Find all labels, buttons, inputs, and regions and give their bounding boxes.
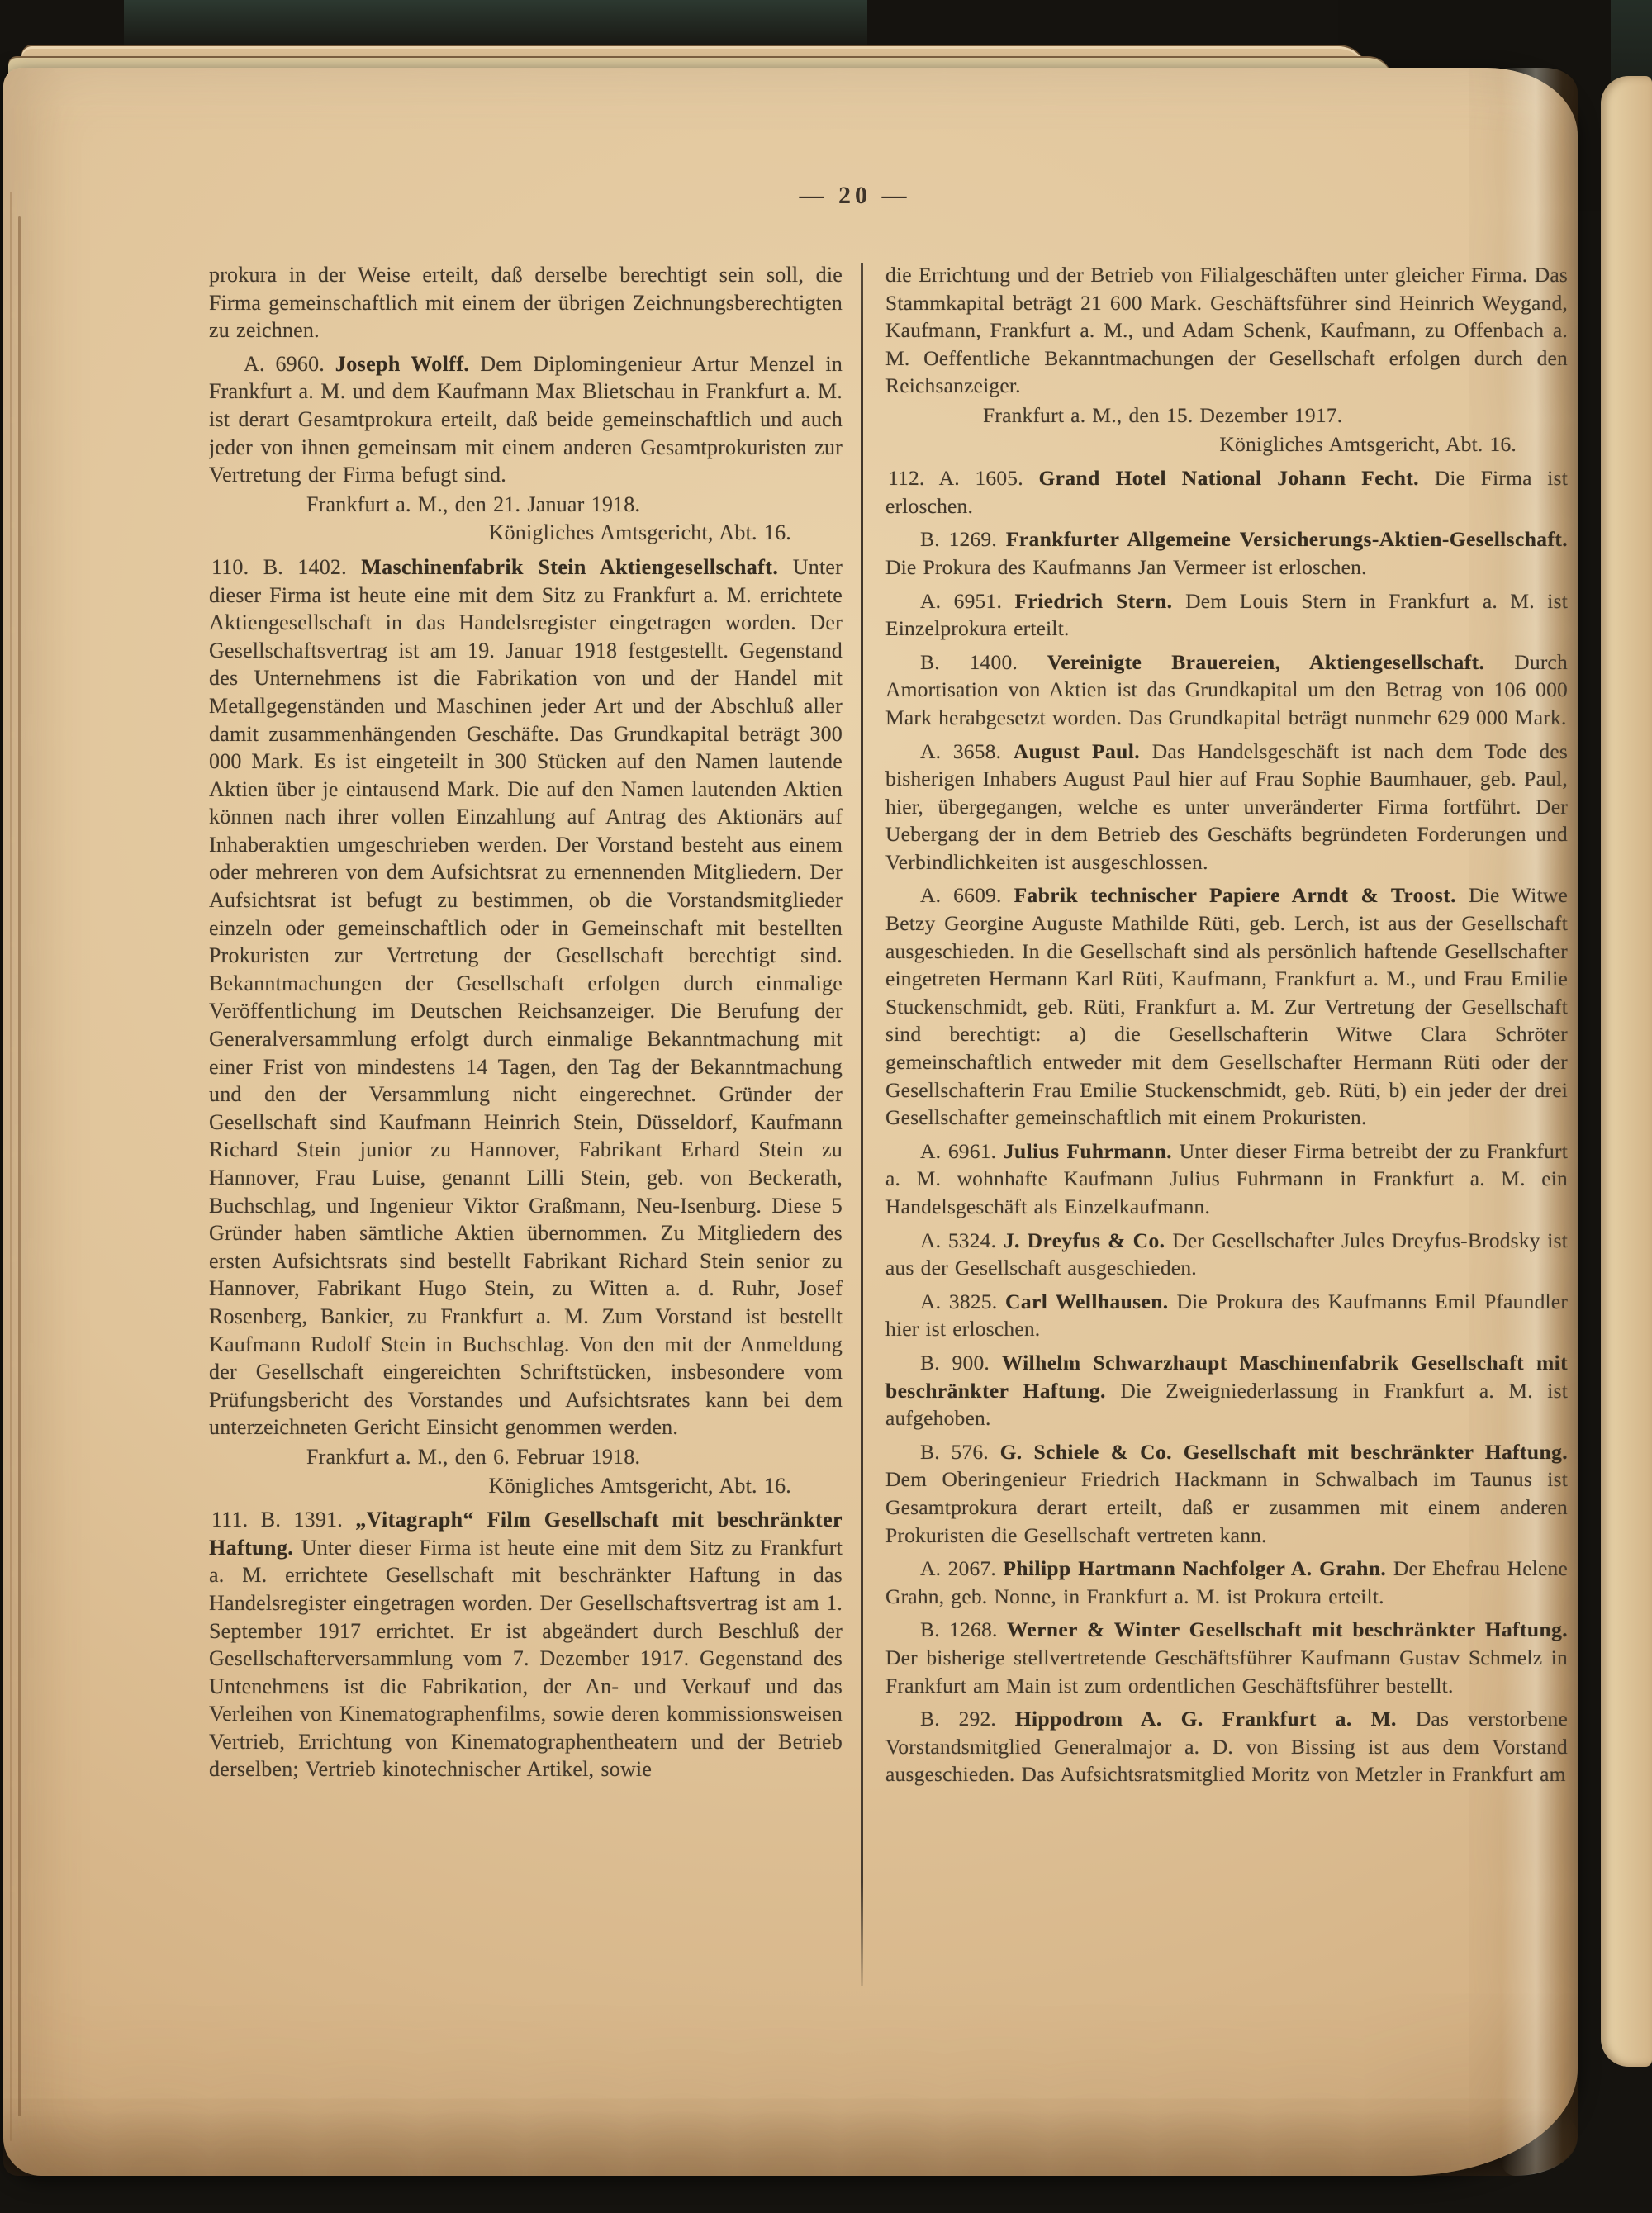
body-text-run: Dem Oberingenieur Friedrich Hackmann in … bbox=[885, 1467, 1568, 1546]
firm-name-heading: Philipp Hartmann Nachfolger A. Grahn. bbox=[1003, 1556, 1393, 1580]
body-text-run: A. 3825. bbox=[920, 1289, 1005, 1313]
register-entry-paragraph: B. 900. Wilhelm Schwarzhaupt Maschinenfa… bbox=[885, 1349, 1568, 1432]
continuation-paragraph: die Errichtung und der Betrieb von Filia… bbox=[885, 261, 1568, 400]
continuation-paragraph: prokura in der Weise erteilt, daß dersel… bbox=[209, 261, 843, 344]
body-text-run: 111. B. 1391. bbox=[211, 1508, 355, 1532]
firm-name-heading: Friedrich Stern. bbox=[1015, 589, 1186, 613]
scanned-book-page: — 20 — prokura in der Weise erteilt, daß… bbox=[0, 0, 1652, 2213]
firm-name-heading: Grand Hotel National Johann Fecht. bbox=[1038, 466, 1434, 490]
body-text-run: die Errichtung und der Betrieb von Filia… bbox=[885, 263, 1568, 397]
gutter-crease-line-outer bbox=[10, 192, 12, 2141]
body-text-run: Frankfurt a. M., den 21. Januar 1918. bbox=[306, 492, 640, 516]
body-text-run: A. 2067. bbox=[920, 1556, 1003, 1580]
body-text-run: A. 6960. bbox=[244, 352, 335, 376]
firm-name-heading: Hippodrom A. G. Frankfurt a. M. bbox=[1015, 1707, 1416, 1731]
background-tint-top-left bbox=[124, 0, 867, 53]
court-signature-line: Königliches Amtsgericht, Abt. 16. bbox=[885, 430, 1568, 458]
register-entry-paragraph: A. 3825. Carl Wellhausen. Die Prokura de… bbox=[885, 1288, 1568, 1343]
column-right: die Errichtung und der Betrieb von Filia… bbox=[885, 261, 1568, 1994]
page-number: — 20 — bbox=[211, 182, 1499, 210]
body-text-run: Königliches Amtsgericht, Abt. 16. bbox=[489, 1474, 791, 1498]
register-entry-paragraph: 112. A. 1605. Grand Hotel National Johan… bbox=[885, 464, 1568, 520]
register-entry-paragraph: B. 1400. Vereinigte Brauereien, Aktienge… bbox=[885, 648, 1568, 732]
body-text-run: Königliches Amtsgericht, Abt. 16. bbox=[1219, 432, 1517, 456]
column-left: prokura in der Weise erteilt, daß dersel… bbox=[209, 261, 843, 1994]
page-bottom-shadow bbox=[3, 2110, 1578, 2176]
date-line: Frankfurt a. M., den 15. Dezember 1917. bbox=[885, 401, 1568, 430]
body-text-run: Frankfurt a. M., den 6. Februar 1918. bbox=[306, 1445, 640, 1469]
register-entry-paragraph: A. 2067. Philipp Hartmann Nachfolger A. … bbox=[885, 1555, 1568, 1610]
date-line: Frankfurt a. M., den 6. Februar 1918. bbox=[209, 1443, 843, 1471]
firm-name-heading: Frankfurter Allgemeine Versicherungs-Akt… bbox=[1006, 527, 1568, 551]
body-text-run: B. 900. bbox=[920, 1351, 1002, 1375]
column-divider-rule bbox=[861, 263, 863, 1986]
firm-name-heading: Vereinigte Brauereien, Aktiengesellschaf… bbox=[1047, 650, 1515, 674]
page-edge-right-sheet bbox=[1601, 76, 1652, 2067]
body-text-run: Unter dieser Firma ist heute eine mit de… bbox=[209, 555, 843, 1439]
register-entry-paragraph: A. 6609. Fabrik technischer Papiere Arnd… bbox=[885, 881, 1568, 1131]
body-text-run: B. 1400. bbox=[920, 650, 1047, 674]
court-signature-line: Königliches Amtsgericht, Abt. 16. bbox=[209, 519, 843, 547]
register-entry-paragraph: 111. B. 1391. „Vitagraph“ Film Gesellsch… bbox=[209, 1506, 843, 1783]
body-text-run: B. 292. bbox=[920, 1707, 1015, 1731]
register-entry-paragraph: A. 3658. August Paul. Das Handelsgeschäf… bbox=[885, 738, 1568, 876]
register-entry-paragraph: 110. B. 1402. Maschinenfabrik Stein Akti… bbox=[209, 553, 843, 1441]
firm-name-heading: Fabrik technischer Papiere Arndt & Troos… bbox=[1014, 883, 1469, 907]
firm-name-heading: Werner & Winter Gesellschaft mit beschrä… bbox=[1007, 1617, 1568, 1641]
body-text-run: Der bisherige stellvertretende Geschäfts… bbox=[885, 1646, 1568, 1698]
firm-name-heading: Maschinenfabrik Stein Aktiengesellschaft… bbox=[361, 555, 793, 579]
register-entry-paragraph: A. 6951. Friedrich Stern. Dem Louis Ster… bbox=[885, 587, 1568, 643]
body-text-run: Die Witwe Betzy Georgine Auguste Mathild… bbox=[885, 883, 1568, 1129]
body-text-run: A. 6951. bbox=[920, 589, 1015, 613]
firm-name-heading: Julius Fuhrmann. bbox=[1004, 1139, 1180, 1163]
body-text-run: Unter dieser Firma ist heute eine mit de… bbox=[209, 1536, 843, 1782]
body-text-run: A. 5324. bbox=[920, 1228, 1004, 1252]
body-text-run: B. 576. bbox=[920, 1440, 1000, 1464]
register-entry-paragraph: B. 1269. Frankfurter Allgemeine Versiche… bbox=[885, 525, 1568, 581]
register-entry-paragraph: A. 6961. Julius Fuhrmann. Unter dieser F… bbox=[885, 1137, 1568, 1221]
body-text-run: A. 3658. bbox=[920, 739, 1014, 763]
gutter-crease-line bbox=[18, 216, 21, 2116]
body-text-run: A. 6961. bbox=[920, 1139, 1004, 1163]
firm-name-heading: Joseph Wolff. bbox=[335, 352, 481, 376]
body-text-run: Die Prokura des Kaufmanns Jan Vermeer is… bbox=[885, 555, 1367, 579]
text-columns: prokura in der Weise erteilt, daß dersel… bbox=[209, 261, 1568, 1994]
register-entry-paragraph: A. 6960. Joseph Wolff. Dem Diplomingenie… bbox=[209, 350, 843, 489]
body-text-run: B. 1268. bbox=[920, 1617, 1007, 1641]
body-text-run: 110. B. 1402. bbox=[211, 555, 361, 579]
body-text-run: A. 6609. bbox=[920, 883, 1014, 907]
register-entry-paragraph: A. 5324. J. Dreyfus & Co. Der Gesellscha… bbox=[885, 1227, 1568, 1282]
firm-name-heading: J. Dreyfus & Co. bbox=[1004, 1228, 1172, 1252]
body-text-run: Frankfurt a. M., den 15. Dezember 1917. bbox=[983, 403, 1342, 427]
firm-name-heading: Carl Wellhausen. bbox=[1005, 1289, 1176, 1313]
firm-name-heading: G. Schiele & Co. Gesellschaft mit beschr… bbox=[1000, 1440, 1568, 1464]
date-line: Frankfurt a. M., den 21. Januar 1918. bbox=[209, 491, 843, 519]
body-text-run: 112. A. 1605. bbox=[888, 466, 1038, 490]
register-entry-paragraph: B. 1268. Werner & Winter Gesellschaft mi… bbox=[885, 1616, 1568, 1699]
register-entry-paragraph: B. 292. Hippodrom A. G. Frankfurt a. M. … bbox=[885, 1705, 1568, 1788]
court-signature-line: Königliches Amtsgericht, Abt. 16. bbox=[209, 1472, 843, 1500]
body-text-run: Königliches Amtsgericht, Abt. 16. bbox=[489, 520, 791, 544]
firm-name-heading: August Paul. bbox=[1014, 739, 1152, 763]
register-entry-paragraph: B. 576. G. Schiele & Co. Gesellschaft mi… bbox=[885, 1438, 1568, 1549]
body-text-run: B. 1269. bbox=[920, 527, 1006, 551]
body-text-run: prokura in der Weise erteilt, daß dersel… bbox=[209, 263, 843, 342]
